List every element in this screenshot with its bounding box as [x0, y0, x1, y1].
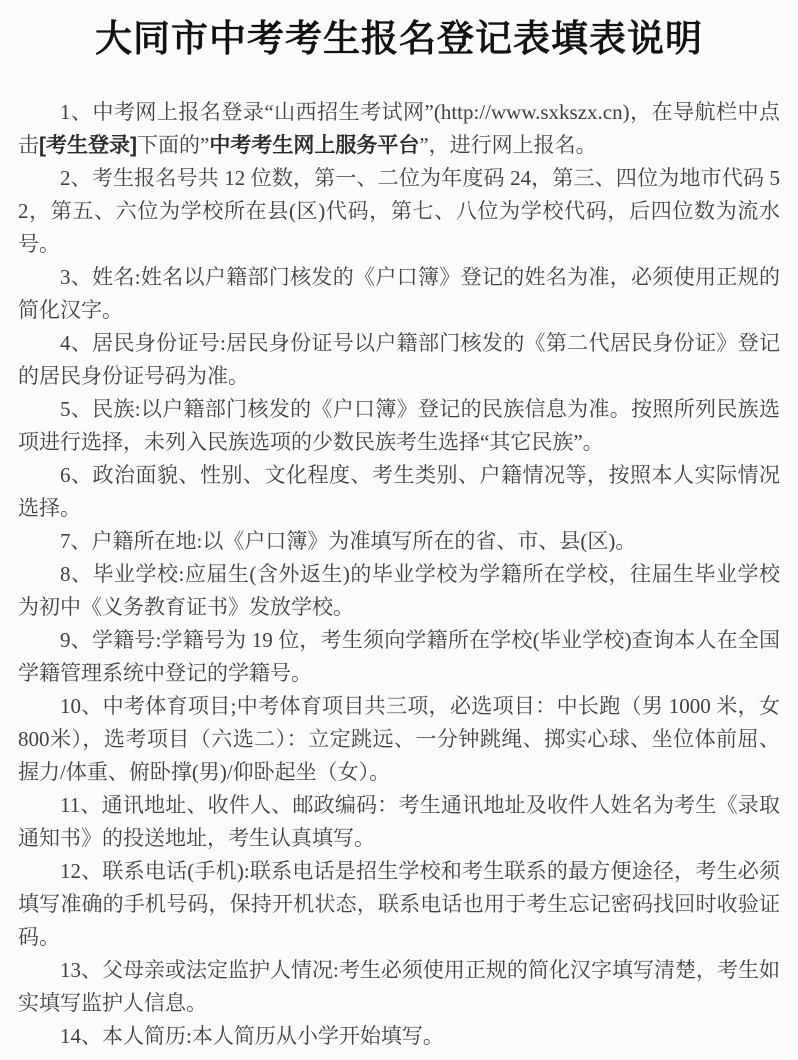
text-run: 2、考生报名号共 12 位数，第一、二位为年度码 24，第三、四位为地市代码 5…	[18, 166, 780, 256]
instruction-paragraph: 9、学籍号:学籍号为 19 位，考生须向学籍所在学校(毕业学校)查询本人在全国学…	[18, 624, 780, 690]
text-run: 12、联系电话(手机):联系电话是招生学校和考生联系的最方便途径，考生必须填写准…	[18, 859, 780, 949]
text-run: 10、中考体育项目;中考体育项目共三项，必选项目：中长跑（男 1000 米，女 …	[18, 694, 780, 784]
text-run: 4、居民身份证号:居民身份证号以户籍部门核发的《第二代居民身份证》登记的居民身份…	[18, 331, 780, 388]
instruction-paragraph: 12、联系电话(手机):联系电话是招生学校和考生联系的最方便途径，考生必须填写准…	[18, 855, 780, 954]
document-page: 大同市中考考生报名登记表填表说明 1、中考网上报名登录“山西招生考试网”(htt…	[0, 0, 798, 1060]
text-run: ”，进行网上报名。	[419, 133, 596, 157]
instruction-paragraph: 11、通讯地址、收件人、邮政编码：考生通讯地址及收件人姓名为考生《录取通知书》的…	[18, 789, 780, 855]
text-run: 5、民族:以户籍部门核发的《户口簿》登记的民族信息为准。按照所列民族选项进行选择…	[18, 397, 780, 454]
instruction-paragraph: 6、政治面貌、性别、文化程度、考生类别、户籍情况等，按照本人实际情况选择。	[18, 459, 780, 525]
instruction-paragraph: 14、本人简历:本人简历从小学开始填写。	[18, 1020, 780, 1053]
text-run: 11、通讯地址、收件人、邮政编码：考生通讯地址及收件人姓名为考生《录取通知书》的…	[18, 793, 780, 850]
page-title: 大同市中考考生报名登记表填表说明	[0, 0, 798, 62]
text-run: 8、毕业学校:应届生(含外返生)的毕业学校为学籍所在学校，往届生毕业学校为初中《…	[18, 562, 780, 619]
text-run: 3、姓名:姓名以户籍部门核发的《户口簿》登记的姓名为准，必须使用正规的简化汉字。	[18, 265, 780, 322]
instructions-list: 1、中考网上报名登录“山西招生考试网”(http://www.sxkszx.cn…	[18, 96, 780, 1053]
instruction-paragraph: 4、居民身份证号:居民身份证号以户籍部门核发的《第二代居民身份证》登记的居民身份…	[18, 327, 780, 393]
instruction-paragraph: 10、中考体育项目;中考体育项目共三项，必选项目：中长跑（男 1000 米，女 …	[18, 690, 780, 789]
instruction-paragraph: 1、中考网上报名登录“山西招生考试网”(http://www.sxkszx.cn…	[18, 96, 780, 162]
bold-text-run: [考生登录]	[39, 134, 137, 157]
instruction-paragraph: 7、户籍所在地:以《户口簿》为准填写所在的省、市、县(区)。	[18, 525, 780, 558]
text-run: 9、学籍号:学籍号为 19 位，考生须向学籍所在学校(毕业学校)查询本人在全国学…	[18, 628, 780, 685]
bold-text-run: 中考考生网上服务平台	[209, 134, 419, 157]
text-run: 6、政治面貌、性别、文化程度、考生类别、户籍情况等，按照本人实际情况选择。	[18, 463, 780, 520]
text-run: 下面的”	[137, 133, 209, 157]
instruction-paragraph: 8、毕业学校:应届生(含外返生)的毕业学校为学籍所在学校，往届生毕业学校为初中《…	[18, 558, 780, 624]
instruction-paragraph: 5、民族:以户籍部门核发的《户口簿》登记的民族信息为准。按照所列民族选项进行选择…	[18, 393, 780, 459]
text-run: 14、本人简历:本人简历从小学开始填写。	[60, 1024, 444, 1048]
text-run: 13、父母亲或法定监护人情况:考生必须使用正规的简化汉字填写清楚，考生如实填写监…	[18, 958, 780, 1015]
text-run: 7、户籍所在地:以《户口簿》为准填写所在的省、市、县(区)。	[60, 529, 636, 553]
instruction-paragraph: 2、考生报名号共 12 位数，第一、二位为年度码 24，第三、四位为地市代码 5…	[18, 162, 780, 261]
instruction-paragraph: 3、姓名:姓名以户籍部门核发的《户口簿》登记的姓名为准，必须使用正规的简化汉字。	[18, 261, 780, 327]
instruction-paragraph: 13、父母亲或法定监护人情况:考生必须使用正规的简化汉字填写清楚，考生如实填写监…	[18, 954, 780, 1020]
